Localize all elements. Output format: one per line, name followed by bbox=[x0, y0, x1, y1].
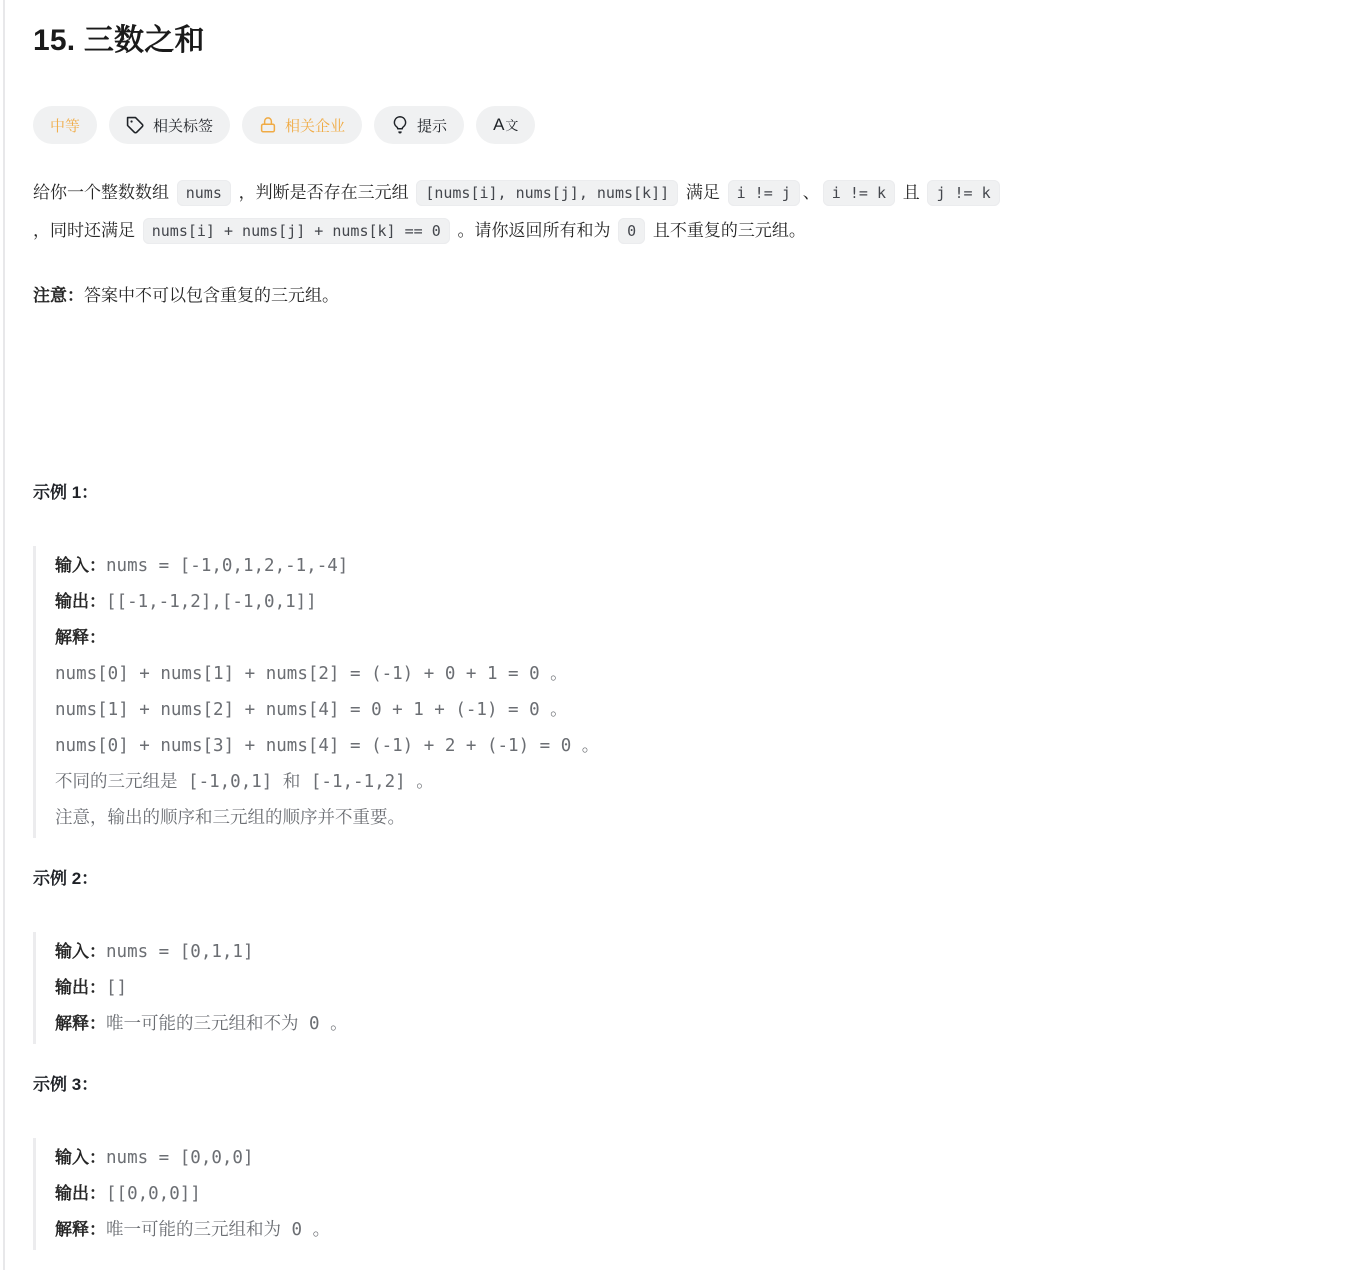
example-1-heading: 示例 1： bbox=[33, 480, 1330, 506]
inline-code: nums bbox=[177, 180, 231, 206]
inline-code: [nums[i], nums[j], nums[k]] bbox=[416, 180, 678, 206]
text-segment: 不同的三元组是 [-1,0,1] 和 [-1,-1,2] 。 bbox=[55, 772, 434, 792]
example-line: 输出：[[0,0,0]] bbox=[55, 1176, 1330, 1212]
text-segment: [] bbox=[106, 978, 127, 998]
example-line: nums[0] + nums[1] + nums[2] = (-1) + 0 +… bbox=[55, 656, 1330, 692]
example-line: 输入：nums = [-1,0,1,2,-1,-4] bbox=[55, 548, 1330, 584]
text-segment: [[-1,-1,2],[-1,0,1]] bbox=[106, 592, 317, 612]
text-segment: nums[0] + nums[1] + nums[2] = (-1) + 0 +… bbox=[55, 664, 568, 684]
example-3-heading: 示例 3： bbox=[33, 1072, 1330, 1098]
example-1-section: 示例 1： 输入：nums = [-1,0,1,2,-1,-4]输出：[[-1,… bbox=[33, 480, 1330, 838]
inline-code: i != j bbox=[728, 180, 800, 206]
text-segment: 注意： bbox=[33, 286, 84, 305]
translate-badge[interactable]: A文 bbox=[476, 106, 535, 144]
example-line: 解释： bbox=[55, 620, 1330, 656]
difficulty-badge[interactable]: 中等 bbox=[33, 106, 97, 144]
difficulty-label: 中等 bbox=[50, 115, 80, 136]
translate-icon: A文 bbox=[493, 115, 518, 135]
text-segment: nums[1] + nums[2] + nums[4] = 0 + 1 + (-… bbox=[55, 700, 568, 720]
statement-line-2: ，同时还满足 nums[i] + nums[j] + nums[k] == 0 … bbox=[33, 212, 1330, 250]
text-segment: 输入： bbox=[55, 556, 106, 575]
inline-code: j != k bbox=[927, 180, 999, 206]
text-segment: 满足 bbox=[681, 183, 724, 202]
example-line: 输入：nums = [0,0,0] bbox=[55, 1140, 1330, 1176]
badge-row: 中等 相关标签 相关企业 bbox=[33, 106, 1330, 144]
related-tags-label: 相关标签 bbox=[153, 115, 213, 136]
example-line: 输入：nums = [0,1,1] bbox=[55, 934, 1330, 970]
example-2-block: 输入：nums = [0,1,1]输出：[]解释：唯一可能的三元组和不为 0 。 bbox=[33, 932, 1330, 1044]
example-line: nums[1] + nums[2] + nums[4] = 0 + 1 + (-… bbox=[55, 692, 1330, 728]
example-1-block: 输入：nums = [-1,0,1,2,-1,-4]输出：[[-1,-1,2],… bbox=[33, 546, 1330, 838]
problem-statement: 给你一个整数数组 nums ，判断是否存在三元组 [nums[i], nums[… bbox=[33, 174, 1330, 250]
text-segment: 且不重复的三元组。 bbox=[648, 221, 806, 240]
text-segment: 注意，输出的顺序和三元组的顺序并不重要。 bbox=[55, 808, 405, 828]
problem-description-panel: 15. 三数之和 中等 相关标签 相关企业 bbox=[0, 0, 1360, 1270]
example-line: 注意，输出的顺序和三元组的顺序并不重要。 bbox=[55, 800, 1330, 836]
text-segment: nums[0] + nums[3] + nums[4] = (-1) + 2 +… bbox=[55, 736, 599, 756]
example-2-section: 示例 2： 输入：nums = [0,1,1]输出：[]解释：唯一可能的三元组和… bbox=[33, 866, 1330, 1044]
example-line: 输出：[] bbox=[55, 970, 1330, 1006]
example-line: 解释：唯一可能的三元组和不为 0 。 bbox=[55, 1006, 1330, 1042]
text-segment: ，同时还满足 bbox=[33, 221, 140, 240]
related-companies-badge[interactable]: 相关企业 bbox=[242, 106, 362, 144]
text-segment: nums = [-1,0,1,2,-1,-4] bbox=[106, 556, 348, 576]
example-line: 解释：唯一可能的三元组和为 0 。 bbox=[55, 1212, 1330, 1248]
inline-code: i != k bbox=[823, 180, 895, 206]
note-paragraph: 注意：答案中不可以包含重复的三元组。 bbox=[33, 280, 1330, 312]
text-segment: 输入： bbox=[55, 1148, 106, 1167]
example-line: 不同的三元组是 [-1,0,1] 和 [-1,-1,2] 。 bbox=[55, 764, 1330, 800]
problem-title: 15. 三数之和 bbox=[33, 22, 1330, 60]
text-segment: nums = [0,1,1] bbox=[106, 942, 254, 962]
text-segment: 输出： bbox=[55, 592, 106, 611]
text-segment: ，判断是否存在三元组 bbox=[234, 183, 413, 202]
example-line: nums[0] + nums[3] + nums[4] = (-1) + 2 +… bbox=[55, 728, 1330, 764]
inline-code: 0 bbox=[618, 218, 645, 244]
inline-code: nums[i] + nums[j] + nums[k] == 0 bbox=[143, 218, 450, 244]
text-segment: 答案中不可以包含重复的三元组。 bbox=[84, 286, 339, 305]
tag-icon bbox=[126, 116, 145, 135]
text-segment: 输出： bbox=[55, 978, 106, 997]
related-companies-label: 相关企业 bbox=[285, 115, 345, 136]
text-segment: 且 bbox=[898, 183, 924, 202]
panel-left-border bbox=[3, 0, 5, 1270]
text-segment: 。请你返回所有和为 bbox=[453, 221, 615, 240]
text-segment: 给你一个整数数组 bbox=[33, 183, 174, 202]
text-segment: 唯一可能的三元组和为 0 。 bbox=[106, 1220, 330, 1240]
empty-gap bbox=[33, 312, 1330, 452]
text-segment: 解释： bbox=[55, 1220, 106, 1239]
example-3-block: 输入：nums = [0,0,0]输出：[[0,0,0]]解释：唯一可能的三元组… bbox=[33, 1138, 1330, 1250]
lightbulb-icon bbox=[391, 115, 409, 135]
text-segment: [[0,0,0]] bbox=[106, 1184, 201, 1204]
hint-badge[interactable]: 提示 bbox=[374, 106, 464, 144]
text-segment: 解释： bbox=[55, 1014, 106, 1033]
lock-icon bbox=[259, 116, 277, 134]
text-segment: 、 bbox=[803, 183, 820, 202]
text-segment: 输出： bbox=[55, 1184, 106, 1203]
text-segment: 输入： bbox=[55, 942, 106, 961]
text-segment: 唯一可能的三元组和不为 0 。 bbox=[106, 1014, 348, 1034]
related-tags-badge[interactable]: 相关标签 bbox=[109, 106, 230, 144]
example-3-section: 示例 3： 输入：nums = [0,0,0]输出：[[0,0,0]]解释：唯一… bbox=[33, 1072, 1330, 1250]
example-2-heading: 示例 2： bbox=[33, 866, 1330, 892]
text-segment: 解释： bbox=[55, 628, 106, 647]
example-line: 输出：[[-1,-1,2],[-1,0,1]] bbox=[55, 584, 1330, 620]
statement-line-1: 给你一个整数数组 nums ，判断是否存在三元组 [nums[i], nums[… bbox=[33, 174, 1330, 212]
text-segment: nums = [0,0,0] bbox=[106, 1148, 254, 1168]
hint-label: 提示 bbox=[417, 115, 447, 136]
